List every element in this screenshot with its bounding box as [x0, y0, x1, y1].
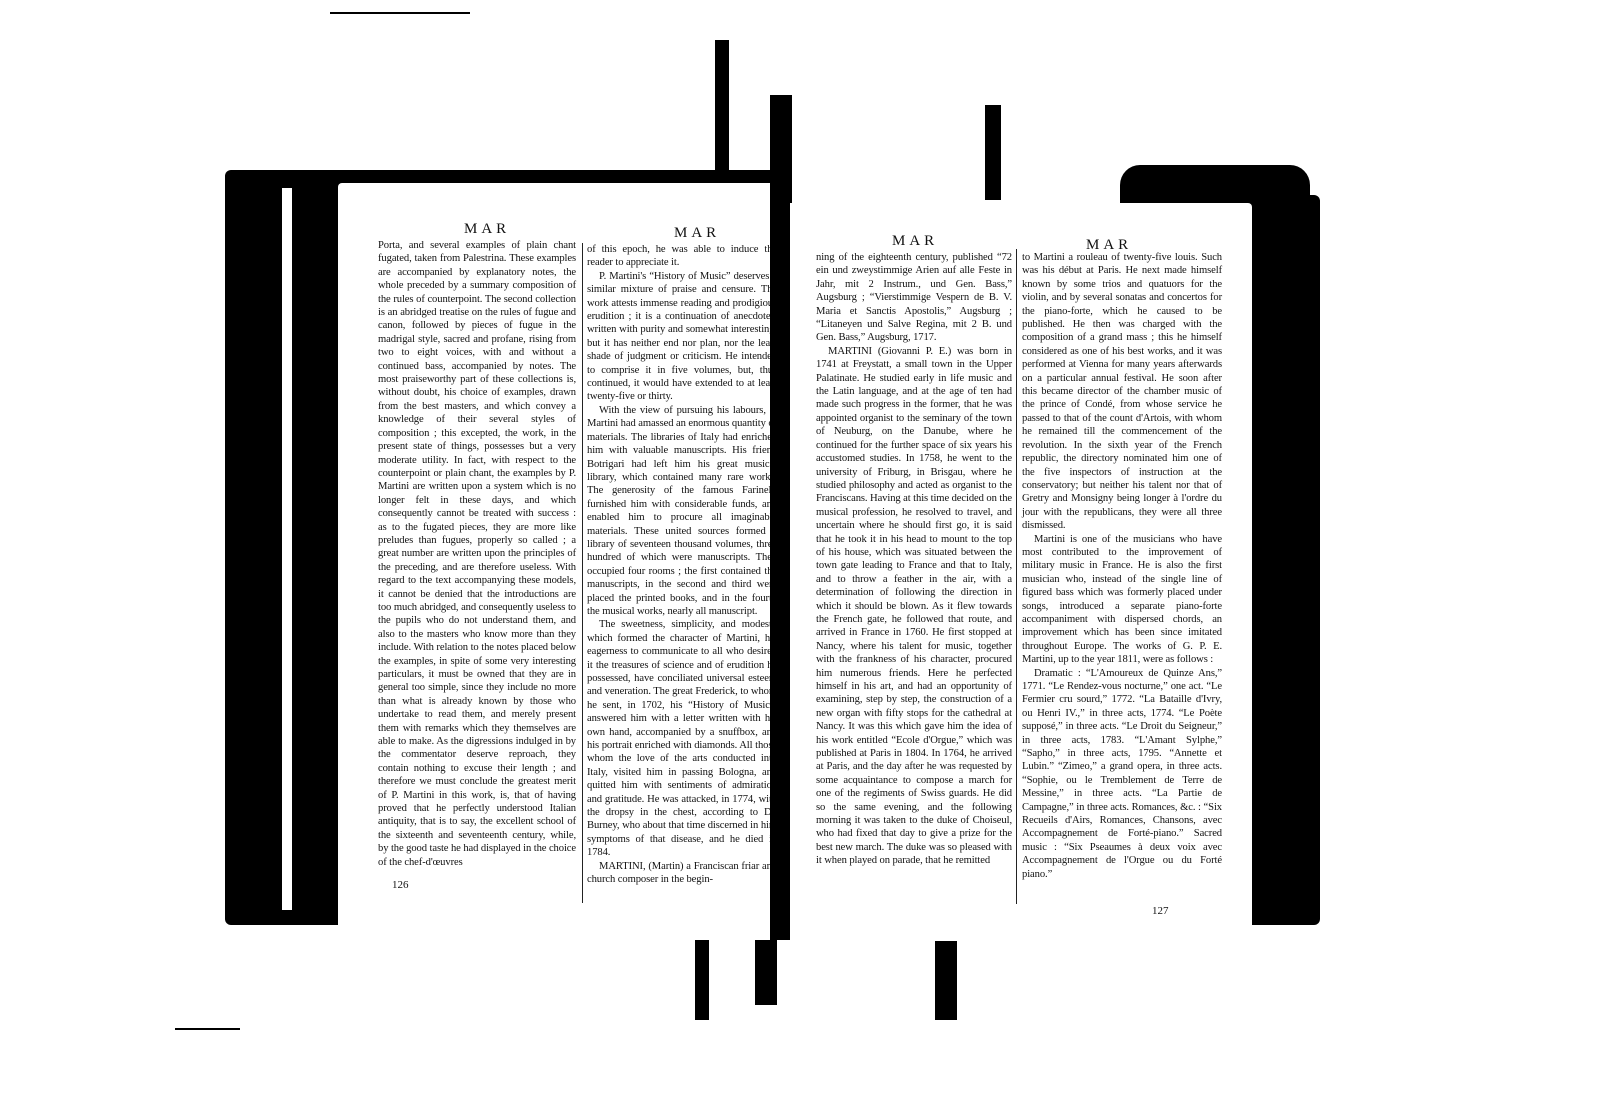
paragraph: With the view of pursuing his labours, P…	[587, 404, 770, 619]
left-page-col1-header: MAR	[464, 221, 510, 238]
left-page-col2: of this epoch, he was able to induce the…	[587, 243, 770, 887]
clip-bottom-1	[695, 940, 709, 1020]
paragraph: Porta, and several examples of plain cha…	[378, 239, 576, 869]
paragraph: Dramatic : “L'Amoureux de Quinze Ans,” 1…	[1022, 667, 1222, 882]
left-page-col2-header: MAR	[674, 225, 720, 242]
paragraph: to Martini a rouleau of twenty-five loui…	[1022, 251, 1222, 533]
right-page-col1-header: MAR	[892, 233, 938, 250]
paragraph: MARTINI, (Martin) a Franciscan friar and…	[587, 860, 770, 887]
right-page: MAR MAR ning of the eighteenth century, …	[790, 203, 1252, 941]
scan-mark-bottom	[175, 1028, 240, 1030]
scan-mark-top	[330, 12, 470, 14]
paragraph: Martini is one of the musicians who have…	[1022, 533, 1222, 667]
paragraph: The sweetness, simplicity, and modesty w…	[587, 618, 770, 859]
paragraph: ning of the eighteenth century, publishe…	[816, 251, 1012, 345]
clip-top-2	[770, 95, 792, 205]
column-divider	[582, 243, 583, 903]
clip-top-3	[985, 105, 1001, 200]
book-cover-top-right	[1120, 165, 1310, 205]
clip-bottom-2	[755, 940, 777, 1005]
page-number-right: 127	[1152, 905, 1169, 917]
right-page-col1: ning of the eighteenth century, publishe…	[816, 251, 1012, 868]
right-page-col2: to Martini a rouleau of twenty-five loui…	[1022, 251, 1222, 881]
book-cover-right	[1240, 195, 1320, 925]
left-page-col1: Porta, and several examples of plain cha…	[378, 239, 576, 869]
clip-bottom-3	[935, 930, 957, 1020]
column-divider	[1016, 249, 1017, 904]
paragraph: MARTINI (Giovanni P. E.) was born in 174…	[816, 345, 1012, 868]
left-page-edge-white	[282, 188, 292, 910]
clip-top-1	[715, 40, 729, 190]
page-number-left: 126	[392, 879, 409, 891]
left-page: MAR MAR Porta, and several examples of p…	[338, 183, 770, 935]
gutter-shadow	[770, 195, 790, 940]
paragraph: of this epoch, he was able to induce the…	[587, 243, 770, 270]
paragraph: P. Martini's “History of Music” deserves…	[587, 270, 770, 404]
